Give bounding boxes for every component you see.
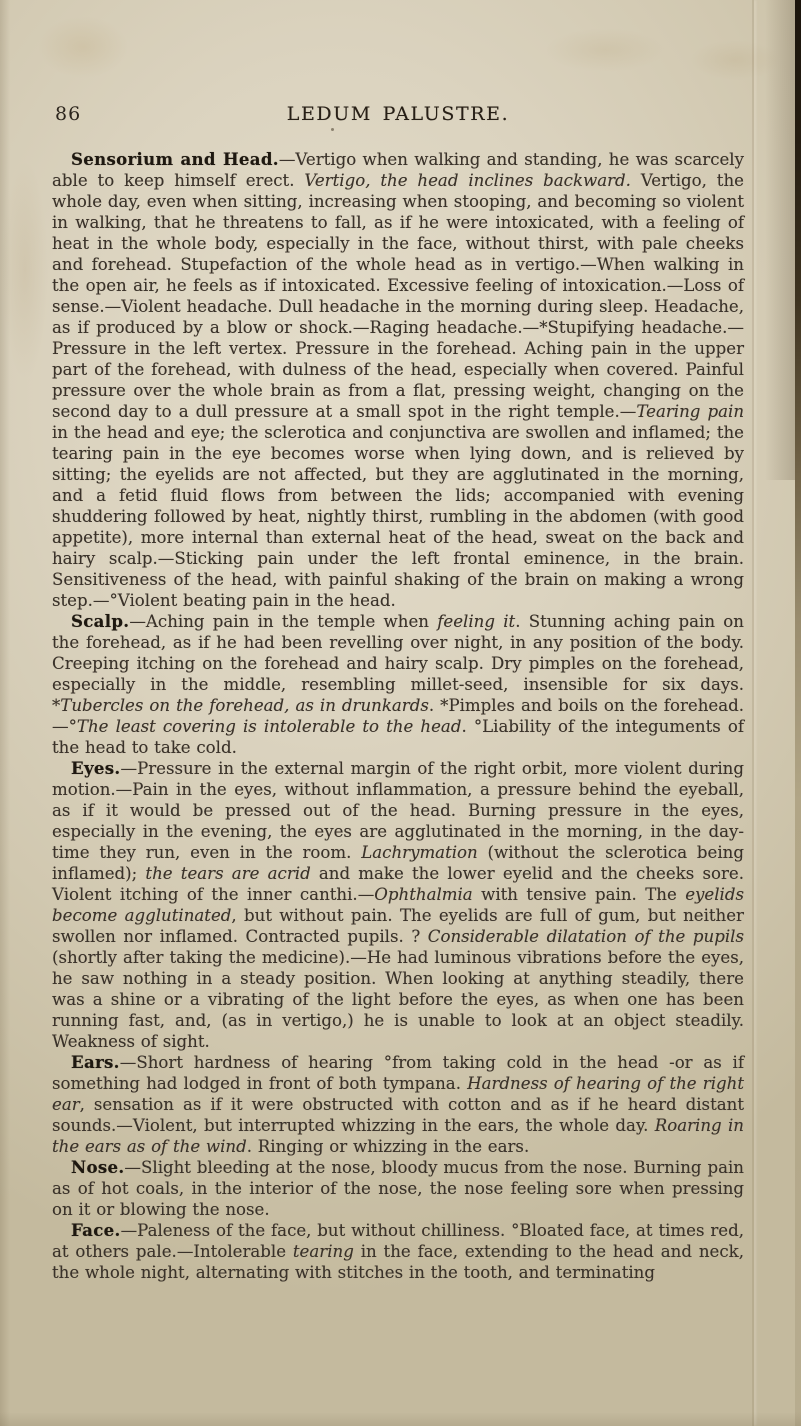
emphasized-text: Lachrymation bbox=[361, 843, 477, 862]
section-label: Nose. bbox=[71, 1157, 124, 1177]
section-ears: Ears.—Short hardness of hearing °from ta… bbox=[52, 1052, 744, 1157]
emphasized-text: feeling it bbox=[437, 612, 515, 631]
running-title: LEDUM PALUSTRE. bbox=[52, 103, 744, 125]
paper-stain bbox=[38, 16, 128, 78]
left-edge-shadow bbox=[0, 0, 10, 1426]
page-edge-shadow bbox=[765, 0, 795, 480]
page-edge-dark bbox=[795, 0, 801, 1426]
ink-dot bbox=[331, 128, 334, 131]
emphasized-text: Vertigo, the head inclines backward. bbox=[304, 171, 631, 190]
book-page-scan: 86 LEDUM PALUSTRE. Sensorium and Head.—V… bbox=[0, 0, 801, 1426]
body-text: , sensation as if it were obstructed wit… bbox=[52, 1095, 744, 1135]
emphasized-text: Ophthalmia bbox=[374, 885, 472, 904]
section-scalp: Scalp.—Aching pain in the temple when fe… bbox=[52, 611, 744, 758]
page-crease bbox=[752, 0, 754, 1426]
section-label: Eyes. bbox=[71, 758, 120, 778]
section-face: Face.—Paleness of the face, but without … bbox=[52, 1220, 744, 1283]
body-text: —Slight bleeding at the nose, bloody muc… bbox=[52, 1158, 744, 1219]
emphasized-text: tearing bbox=[293, 1242, 354, 1261]
section-eyes: Eyes.—Pressure in the external margin of… bbox=[52, 758, 744, 1052]
section-sensorium-and-head: Sensorium and Head.—Vertigo when walking… bbox=[52, 149, 744, 611]
section-label: Ears. bbox=[71, 1052, 120, 1072]
emphasized-text: Tearing pain bbox=[636, 402, 744, 421]
body-text: Vertigo, the whole day, even when sittin… bbox=[52, 171, 744, 421]
emphasized-text: Tubercles on the forehead, as in drunkar… bbox=[60, 696, 429, 715]
text-body: Sensorium and Head.—Vertigo when walking… bbox=[52, 149, 744, 1283]
emphasized-text: the tears are acrid bbox=[145, 864, 310, 883]
body-text: . Ringing or whizzing in the ears. bbox=[247, 1137, 529, 1156]
bottom-edge-shadow bbox=[0, 1412, 801, 1426]
body-text: (shortly after taking the medicine).—He … bbox=[52, 948, 744, 1051]
body-text: in the head and eye; the sclerotica and … bbox=[52, 423, 744, 610]
paper-stain bbox=[545, 28, 665, 72]
emphasized-text: Considerable dilatation of the pupils bbox=[428, 927, 744, 946]
section-label: Face. bbox=[71, 1220, 121, 1240]
page-header: 86 LEDUM PALUSTRE. bbox=[52, 103, 744, 127]
section-nose: Nose.—Slight bleeding at the nose, blood… bbox=[52, 1157, 744, 1220]
section-label: Scalp. bbox=[71, 611, 129, 631]
body-text: —Aching pain in the temple when bbox=[129, 612, 437, 631]
section-label: Sensorium and Head. bbox=[71, 149, 279, 169]
body-text: with tensive pain. The bbox=[473, 885, 686, 904]
emphasized-text: The least covering is intolerable to the… bbox=[77, 717, 462, 736]
